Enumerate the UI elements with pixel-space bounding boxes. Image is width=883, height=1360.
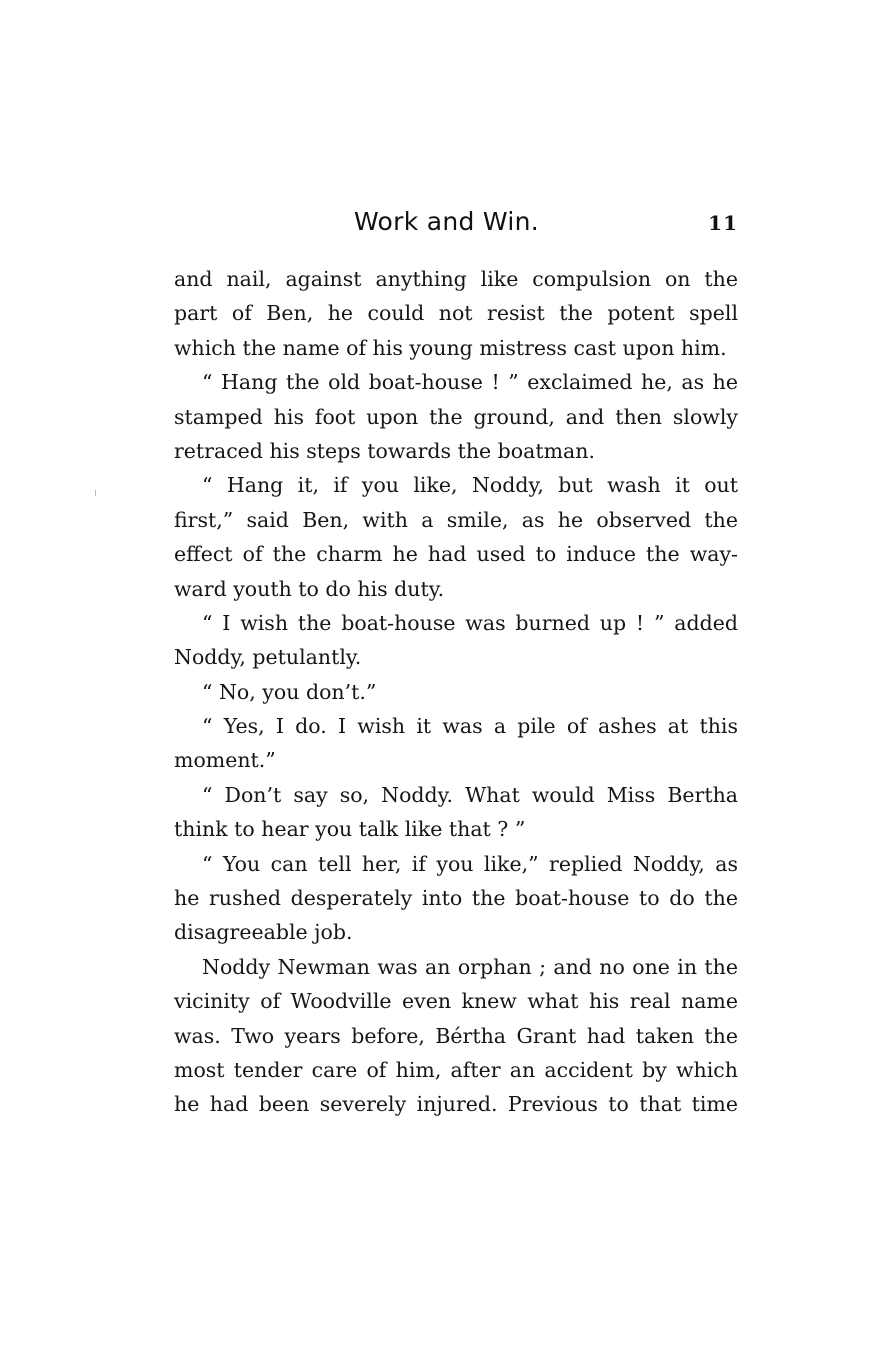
text-line: disagreeable job. (174, 915, 738, 949)
text-line: retraced his steps towards the boatman. (174, 434, 738, 468)
text-line: was. Two years before, Bértha Grant had … (174, 1019, 738, 1053)
text-line: effect of the charm he had used to induc… (174, 537, 738, 571)
page-number: 11 (708, 211, 738, 235)
text-line: most tender care of him, after an accide… (174, 1053, 738, 1087)
book-page: Work and Win. 11 and nail, against anyth… (0, 0, 883, 1360)
text-line: Noddy, petulantly. (174, 640, 738, 674)
text-line: “ No, you don’t.” (174, 675, 738, 709)
running-title: Work and Win. (354, 207, 539, 236)
running-head: Work and Win. 11 (174, 207, 740, 247)
text-line: moment.” (174, 743, 738, 777)
text-line: think to hear you talk like that ? ” (174, 812, 738, 846)
text-line: ward youth to do his duty. (174, 572, 738, 606)
text-line: which the name of his young mistress cas… (174, 331, 738, 365)
text-line: “ You can tell her, if you like,” replie… (174, 847, 738, 881)
text-line: he had been severely injured. Previous t… (174, 1087, 738, 1121)
text-line: vicinity of Woodville even knew what his… (174, 984, 738, 1018)
text-line: “ I wish the boat-house was burned up ! … (174, 606, 738, 640)
margin-speck (95, 490, 96, 496)
text-line: he rushed desperately into the boat-hous… (174, 881, 738, 915)
text-line: Noddy Newman was an orphan ; and no one … (174, 950, 738, 984)
text-line: first,” said Ben, with a smile, as he ob… (174, 503, 738, 537)
text-line: “ Hang the old boat-house ! ” exclaimed … (174, 365, 738, 399)
body-text: and nail, against anything like compulsi… (174, 262, 738, 1122)
text-line: stamped his foot upon the ground, and th… (174, 400, 738, 434)
text-line: “ Hang it, if you like, Noddy, but wash … (174, 468, 738, 502)
text-line: and nail, against anything like compulsi… (174, 262, 738, 296)
text-line: part of Ben, he could not resist the pot… (174, 296, 738, 330)
text-line: “ Yes, I do. I wish it was a pile of ash… (174, 709, 738, 743)
text-line: “ Don’t say so, Noddy. What would Miss B… (174, 778, 738, 812)
